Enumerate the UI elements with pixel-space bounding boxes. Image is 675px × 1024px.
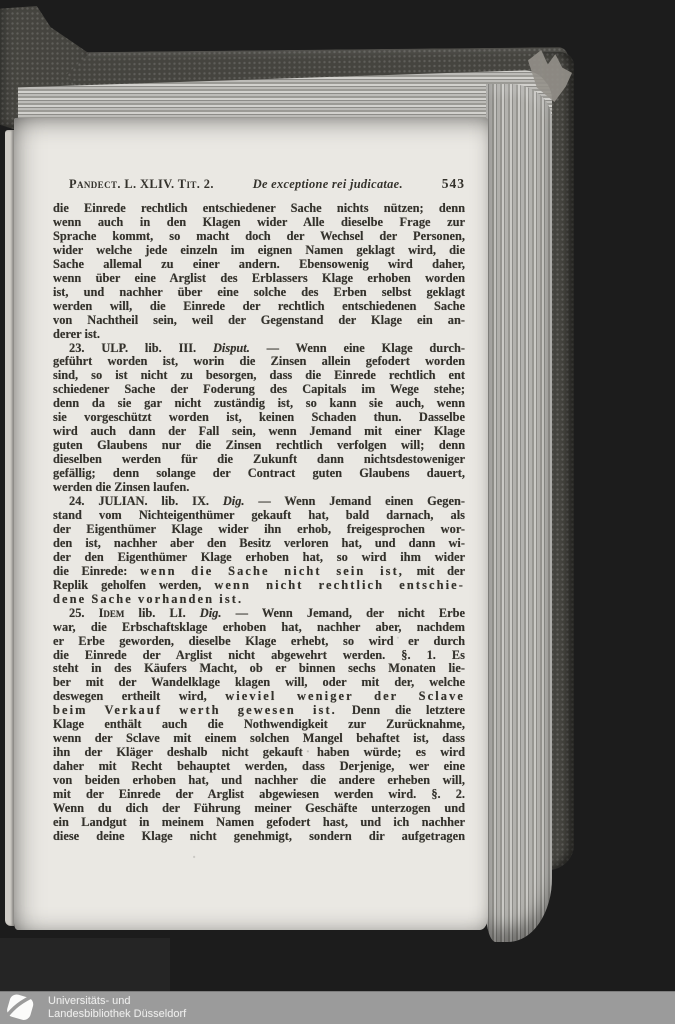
text-line: sie vorgeschützt worden ist, keinen Scha… xyxy=(53,411,465,425)
page-gutter-edge xyxy=(5,130,14,926)
header-title: De exceptione rei judicatae. xyxy=(253,177,403,192)
text-line: die Einrede: wenn die Sache nicht sein i… xyxy=(53,565,465,579)
text-line: werden will, die Einrede der rechtlich e… xyxy=(53,300,465,314)
text-line: gefällig; denn solange der Contract gute… xyxy=(53,467,465,481)
text-line: ber mit der Wandelklage klagen will, ode… xyxy=(53,676,465,690)
text-block: die Einrede rechtlich entschiedener Sach… xyxy=(53,202,465,844)
text-line: von beiden erhoben hat, und nachher die … xyxy=(53,774,465,788)
text-line: dene Sache vorhanden ist. xyxy=(53,593,465,607)
ulb-duesseldorf-logo-icon xyxy=(3,993,39,1023)
text-line: geführt worden ist, worin die Zinsen all… xyxy=(53,355,465,369)
text-line: Klage enthält auch die Nothwendigkeit zu… xyxy=(53,718,465,732)
library-watermark-banner: Universitäts- und Landesbibliothek Düsse… xyxy=(0,991,675,1024)
library-name-line2: Landesbibliothek Düsseldorf xyxy=(48,1008,186,1021)
text-line: diese deine Klage nicht genehmigt, sonde… xyxy=(53,830,465,844)
text-line: ihn der Kläger deshalb nicht gekauft hab… xyxy=(53,746,465,760)
text-line: dieselben werden für die Zukunft dann ni… xyxy=(53,453,465,467)
text-line: daher mit Recht behauptet werden, dass D… xyxy=(53,760,465,774)
text-line: derer ist. xyxy=(53,328,465,342)
text-line: ist, und nachher über eine solche des Er… xyxy=(53,286,465,300)
text-line: Wenn du dich der Führung meiner Geschäft… xyxy=(53,802,465,816)
page-stack-right xyxy=(486,84,552,942)
text-column: Pandect. L. XLIV. Tit. 2. De exceptione … xyxy=(53,176,465,844)
header-section-label: Pandect. L. XLIV. Tit. 2. xyxy=(69,177,214,192)
text-line: wider welche jede einzeln im eignen Name… xyxy=(53,244,465,258)
text-line: 23. ULP. lib. III. Disput. — Wenn eine K… xyxy=(53,342,465,356)
text-line: schiedener Sache der Foderung des Capita… xyxy=(53,383,465,397)
text-line: wenn über eine Arglist des Erblassers Kl… xyxy=(53,272,465,286)
background-surface xyxy=(0,938,170,992)
text-line: wenn der Sclave mit einem solchen Mangel… xyxy=(53,732,465,746)
library-name-line1: Universitäts- und xyxy=(48,995,186,1008)
text-line: die Einrede rechtlich entschiedener Sach… xyxy=(53,202,465,216)
text-line: den ist, nachher aber den Besitz verlore… xyxy=(53,537,465,551)
text-line: die Einrede der Arglist nicht abgewehrt … xyxy=(53,649,465,663)
text-line: stand vom Nichteigenthümer gekauft hat, … xyxy=(53,509,465,523)
text-line: denn da sie gar nicht zuständig ist, so … xyxy=(53,397,465,411)
text-line: der den Eigenthümer Klage erhoben hat, s… xyxy=(53,551,465,565)
text-line: mit der Einrede der Arglist abgewiesen w… xyxy=(53,788,465,802)
text-line: 25. Idem lib. LI. Dig. — Wenn Jemand, de… xyxy=(53,607,465,621)
text-line: er Erbe geworden, dieselbe Klage erhebt,… xyxy=(53,635,465,649)
text-line: werden die Zinsen laufen. xyxy=(53,481,465,495)
text-line: wenn auch in den Klagen wider Alle diese… xyxy=(53,216,465,230)
page-number: 543 xyxy=(442,176,465,192)
text-line: von Nachtheil sein, weil der Gegenstand … xyxy=(53,314,465,328)
text-line: ein Landgut in meinem Namen gefodert has… xyxy=(53,816,465,830)
text-line: deswegen ertheilt wird, wieviel weniger … xyxy=(53,690,465,704)
text-line: Sprache kommt, so macht doch der Wechsel… xyxy=(53,230,465,244)
text-line: Replik geholfen werden, wenn nicht recht… xyxy=(53,579,465,593)
text-line: 24. JULIAN. lib. IX. Dig. — Wenn Jemand … xyxy=(53,495,465,509)
text-line: guten Glaubens nur die Zinsen rechtlich … xyxy=(53,439,465,453)
text-line: sind, so ist nicht zu besorgen, dass die… xyxy=(53,369,465,383)
text-line: war, die Erbschaftsklage erhoben hat, na… xyxy=(53,621,465,635)
library-name: Universitäts- und Landesbibliothek Düsse… xyxy=(48,995,186,1021)
text-line: der Eigenthümer Klage wider ihn erhob, f… xyxy=(53,523,465,537)
page-header: Pandect. L. XLIV. Tit. 2. De exceptione … xyxy=(53,176,465,192)
text-line: wird auch dann der Fall sein, wenn Jeman… xyxy=(53,425,465,439)
book-page: Pandect. L. XLIV. Tit. 2. De exceptione … xyxy=(14,118,488,930)
text-line: steht in des Käufers Macht, ob er binnen… xyxy=(53,662,465,676)
text-line: Sache allemal zu einer andern. Ebensowen… xyxy=(53,258,465,272)
scanned-book-photo: Pandect. L. XLIV. Tit. 2. De exceptione … xyxy=(0,0,675,1024)
text-line: beim Verkauf werth gewesen ist. Denn die… xyxy=(53,704,465,718)
